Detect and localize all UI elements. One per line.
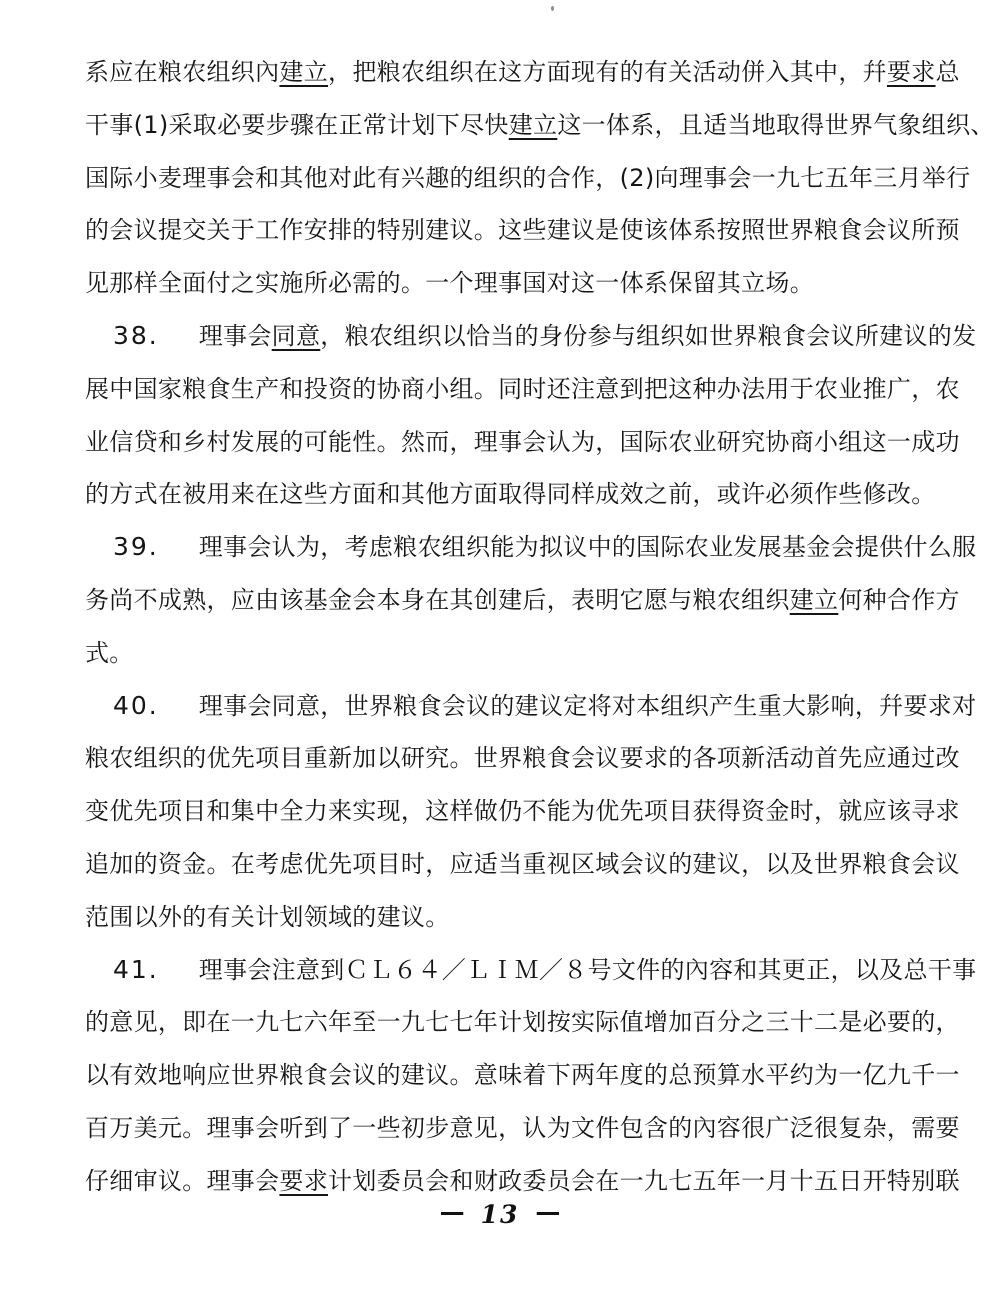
text-segment: 何种合作方 [838,586,960,614]
text-line: 的会议提交关于工作安排的特别建议。这些建议是使该体系按照世界粮食会议所预 [85,204,942,257]
text-segment: 理事会 [199,322,272,350]
text-segment: 的意见，即在一九七六年至一九七七年计划按实际值增加百分之三十二是必要的， [85,1008,960,1036]
scan-speck [551,6,554,11]
underlined-text: 建立 [509,111,558,139]
text-line: 变优先项目和集中全力来实现，这样做仍不能为优先项目获得资金时，就应该寻求 [85,785,942,838]
paragraph-number: 38. [113,310,159,363]
text-line: 式。 [85,627,942,680]
text-segment: 式。 [85,639,134,667]
text-line: 的意见，即在一九七六年至一九七七年计划按实际值增加百分之三十二是必要的， [85,996,942,1049]
text-line: 系应在粮农组织內建立，把粮农组织在这方面现有的有关活动併入其中，幷要求总 [85,46,942,99]
text-line: 38.理事会同意，粮农组织以恰当的身份参与组织如世界粮食会议所建议的发 [85,310,942,363]
text-segment: 范围以外的有关计划领域的建议。 [85,903,450,931]
text-line: 范围以外的有关计划领域的建议。 [85,891,942,944]
scanned-document-page: 系应在粮农组织內建立，把粮农组织在这方面现有的有关活动併入其中，幷要求总干事(1… [0,0,1000,1297]
text-segment: 理事会认为，考虑粮农组织能为拟议中的国际农业发展基金会提供什么服 [199,533,977,561]
text-segment: 国际小麦理事会和其他对此有兴趣的组织的合作，(2)向理事会一九七五年三月举行 [85,164,970,192]
text-line: 粮农组织的优先项目重新加以研究。世界粮食会议要求的各项新活动首先应通过改 [85,732,942,785]
text-segment: ，把粮农组织在这方面现有的有关活动併入其中，幷 [328,58,887,86]
text-line: 以有效地响应世界粮食会议的建议。意味着下两年度的总预算水平约为一亿九千一 [85,1049,942,1102]
underlined-text: 建立 [790,586,839,614]
underlined-text: 同意 [272,322,321,350]
underlined-text: 要求 [887,58,936,86]
text-line: 39.理事会认为，考虑粮农组织能为拟议中的国际农业发展基金会提供什么服 [85,521,942,574]
text-segment: 见那样全面付之实施所必需的。一个理事国对这一体系保留其立场。 [85,269,814,297]
text-line: 的方式在被用来在这些方面和其他方面取得同样成效之前，或许必须作些修改。 [85,468,942,521]
text-segment: 理事会同意，世界粮食会议的建议定将对本组织产生重大影响，幷要求对 [199,692,977,720]
text-line: 务尚不成熟，应由该基金会本身在其创建后，表明它愿与粮农组织建立何种合作方 [85,574,942,627]
page-number: 13 [481,1200,520,1229]
text-segment: 干事(1)采取必要步骤在正常计划下尽快 [85,111,509,139]
page-footer: —13— [0,1200,1000,1229]
text-segment: 业信贷和乡村发展的可能性。然而，理事会认为，国际农业研究协商小组这一成功 [85,428,960,456]
document-lines: 系应在粮农组织內建立，把粮农组织在这方面现有的有关活动併入其中，幷要求总干事(1… [85,46,942,1208]
paragraph-number: 39. [113,521,159,574]
text-segment: 以有效地响应世界粮食会议的建议。意味着下两年度的总预算水平约为一亿九千一 [85,1061,960,1089]
text-segment: 变优先项目和集中全力来实现，这样做仍不能为优先项目获得资金时，就应该寻求 [85,797,960,825]
footer-right-dash: — [535,1197,560,1226]
text-line: 业信贷和乡村发展的可能性。然而，理事会认为，国际农业研究协商小组这一成功 [85,416,942,469]
paragraph-number: 41. [113,944,159,997]
underlined-text: 要求 [279,1167,328,1195]
text-segment: 总 [936,58,960,86]
text-segment: 理事会注意到ＣＬ６４／ＬＩＭ／８号文件的內容和其更正，以及总干事 [199,956,977,984]
text-segment: 粮农组织的优先项目重新加以研究。世界粮食会议要求的各项新活动首先应通过改 [85,744,960,772]
text-line: 百万美元。理事会听到了一些初步意见，认为文件包含的內容很广泛很复杂，需要 [85,1102,942,1155]
text-segment: ，粮农组织以恰当的身份参与组织如世界粮食会议所建议的发 [320,322,976,350]
text-segment: 这一体系，且适当地取得世界气象组织、 [557,111,994,139]
text-segment: 追加的资金。在考虑优先项目时，应适当重视区域会议的建议，以及世界粮食会议 [85,850,960,878]
text-segment: 的会议提交关于工作安排的特别建议。这些建议是使该体系按照世界粮食会议所预 [85,216,960,244]
text-segment: 务尚不成熟，应由该基金会本身在其创建后，表明它愿与粮农组织 [85,586,790,614]
underlined-text: 建立 [279,58,328,86]
text-line: 国际小麦理事会和其他对此有兴趣的组织的合作，(2)向理事会一九七五年三月举行 [85,152,942,205]
text-line: 追加的资金。在考虑优先项目时，应适当重视区域会议的建议，以及世界粮食会议 [85,838,942,891]
text-line: 40.理事会同意，世界粮食会议的建议定将对本组织产生重大影响，幷要求对 [85,680,942,733]
text-line: 41.理事会注意到ＣＬ６４／ＬＩＭ／８号文件的內容和其更正，以及总干事 [85,944,942,997]
text-segment: 计划委员会和财政委员会在一九七五年一月十五日开特别联 [328,1167,960,1195]
text-segment: 的方式在被用来在这些方面和其他方面取得同样成效之前，或许必须作些修改。 [85,480,936,508]
text-segment: 百万美元。理事会听到了一些初步意见，认为文件包含的內容很广泛很复杂，需要 [85,1114,960,1142]
text-line: 展中国家粮食生产和投资的协商小组。同时还注意到把这种办法用于农业推广，农 [85,363,942,416]
text-segment: 系应在粮农组织內 [85,58,279,86]
text-line: 干事(1)采取必要步骤在正常计划下尽快建立这一体系，且适当地取得世界气象组织、 [85,99,942,152]
text-segment: 仔细审议。理事会 [85,1167,279,1195]
text-segment: 展中国家粮食生产和投资的协商小组。同时还注意到把这种办法用于农业推广，农 [85,375,960,403]
footer-left-dash: — [440,1197,465,1226]
text-line: 见那样全面付之实施所必需的。一个理事国对这一体系保留其立场。 [85,257,942,310]
paragraph-number: 40. [113,680,159,733]
